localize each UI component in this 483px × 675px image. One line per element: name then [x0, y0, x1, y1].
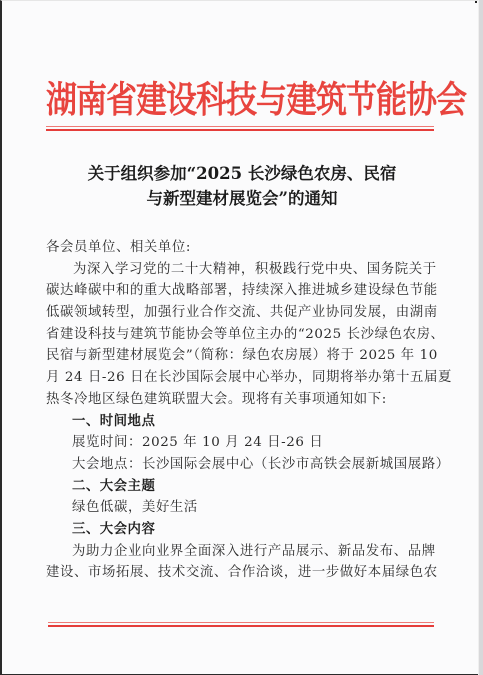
divider-thick-line — [48, 625, 434, 627]
divider-thin-line — [46, 126, 434, 127]
notice-body: 各会员单位、相关单位: 为深入学习党的二十大精神，积极践行党中央、国务院关于 碳… — [72, 237, 422, 584]
divider-thin-line — [48, 622, 434, 623]
notice-title-line-2: 与新型建材展览会”的通知 — [62, 186, 422, 211]
content-line: 为助力企业向业界全面深入进行产品展示、新品发布、品牌 — [72, 541, 422, 563]
divider-thick-line — [46, 129, 434, 131]
notice-title: 关于组织参加“2025 长沙绿色农房、民宿 与新型建材展览会”的通知 — [62, 161, 422, 211]
footer-divider — [48, 622, 434, 627]
section-heading-theme: 二、大会主题 — [72, 476, 422, 498]
notice-title-line-1: 关于组织参加“2025 长沙绿色农房、民宿 — [62, 161, 422, 186]
exhibition-time: 展览时间：2025 年 10 月 24 日-26 日 — [72, 432, 422, 454]
content-line: 建设、市场拓展、技术交流、合作洽谈，进一步做好本届绿色农 — [46, 562, 422, 584]
intro-line: 碳达峰碳中和的重大战略部署，持续深入推进城乡建设绿色节能 — [46, 280, 422, 302]
conference-location: 大会地点：长沙国际会展中心（长沙市高铁会展新城国展路） — [72, 454, 422, 476]
salutation: 各会员单位、相关单位: — [46, 237, 422, 259]
scan-artifact-dot — [475, 1, 477, 3]
section-heading-time-location: 一、时间地点 — [72, 411, 422, 433]
intro-line: 为深入学习党的二十大精神，积极践行党中央、国务院关于 — [46, 259, 422, 281]
organization-letterhead: 湖南省建设科技与建筑节能协会 — [46, 79, 438, 121]
intro-line: 热冬冷地区绿色建筑联盟大会。现将有关事项通知如下: — [46, 389, 422, 411]
intro-line: 民宿与新型建材展览会”（简称：绿色农房展）将于 2025 年 10 — [46, 345, 422, 367]
section-heading-content: 三、大会内容 — [72, 519, 422, 541]
intro-line: 省建设科技与建筑节能协会等单位主办的“2025 长沙绿色农房、 — [46, 324, 422, 346]
document-page: 湖南省建设科技与建筑节能协会 关于组织参加“2025 长沙绿色农房、民宿 与新型… — [0, 0, 483, 675]
scan-edge-shadow — [478, 0, 483, 675]
letterhead-divider-top — [46, 126, 434, 131]
intro-line: 月 24 日-26 日在长沙国际会展中心举办，同期将举办第十五届夏 — [46, 367, 422, 389]
conference-theme: 绿色低碳，美好生活 — [72, 497, 422, 519]
intro-line: 低碳领域转型，加强行业合作交流、共促产业协同发展，由湖南 — [46, 302, 422, 324]
